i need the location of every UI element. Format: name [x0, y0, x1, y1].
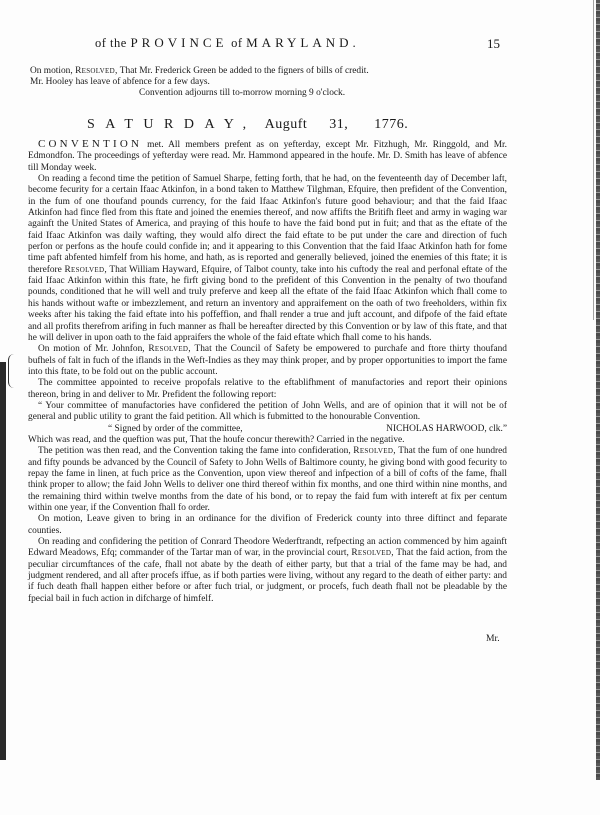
resolved-word: Resolved,: [351, 548, 394, 558]
resolved-word: Resolved,: [64, 265, 107, 275]
header-of: of: [231, 36, 242, 50]
resolved-word: Resolved,: [75, 66, 118, 76]
paragraph-text: That William Hayward, Efquire, of Talbot…: [28, 265, 507, 343]
paragraph-text: On motion of Mr. Johnfon,: [38, 344, 148, 354]
margin-bracket-mark: [8, 354, 15, 388]
convention-lead: CONVENTION: [38, 138, 142, 150]
page-number: 15: [487, 36, 500, 52]
running-header: of the PROVINCE of MARYLAND.: [95, 35, 515, 51]
opening-line-1: On motion, Resolved, That Mr. Frederick …: [30, 66, 369, 77]
paragraph-sharpe-petition: On reading a fecond time the petition of…: [28, 174, 507, 344]
scan-edge-shadow-left: [0, 362, 6, 760]
signature-clerk: NICHOLAS HARWOOD, clk.”: [386, 424, 507, 435]
catchword: Mr.: [486, 633, 500, 644]
paragraph-text: On reading a fecond time the petition of…: [28, 174, 507, 275]
header-word-province: PROVINCE: [130, 35, 227, 50]
body-text-part-1: CONVENTION met. All members prefent as o…: [28, 139, 507, 605]
date-heading: SATURDAY,Auguft31,1776.: [87, 117, 408, 133]
signature-line: “ Signed by order of the committee, NICH…: [28, 424, 507, 435]
signature-left: “ Signed by order of the committee,: [108, 424, 243, 435]
paragraph-text: That the fum of one hundred and fifty po…: [28, 446, 507, 513]
opening-line-2: Mr. Hooley has leave of abfence for a fe…: [30, 77, 210, 88]
scanned-page: of the PROVINCE of MARYLAND. 15 On motio…: [0, 0, 600, 815]
date-weekday: SATURDAY,: [87, 117, 257, 132]
header-word-maryland: MARYLAND.: [246, 35, 360, 50]
adjournment-line: Convention adjourns till to-morrow morni…: [139, 88, 345, 99]
resolved-word: Resolved,: [353, 446, 396, 456]
scan-binding-line: [593, 0, 594, 320]
date-day: 31,: [329, 117, 348, 132]
paragraph-report-quote: “ Your committee of manufactories have c…: [28, 401, 507, 424]
scan-binding-edge-right: [596, 0, 600, 780]
date-month: Auguft: [265, 117, 308, 132]
paragraph-committee-report: The committee appointed to receive propo…: [28, 378, 507, 401]
resolved-word: Resolved,: [148, 344, 191, 354]
opening-line-1-lead: On motion,: [30, 66, 75, 76]
opening-line-1-rest: That Mr. Frederick Green be added to the…: [118, 66, 369, 76]
paragraph-vote-result: Which was read, and the queftion was put…: [28, 435, 507, 446]
header-prefix: of the: [95, 36, 127, 50]
paragraph-wederstrandt-petition: On reading and confidering the petition …: [28, 537, 507, 605]
paragraph-wells-petition: The petition was then read, and the Conv…: [28, 446, 507, 514]
paragraph-convention-met: CONVENTION met. All members prefent as o…: [28, 139, 507, 174]
date-year: 1776.: [374, 117, 408, 132]
paragraph-text: The petition was then read, and the Conv…: [38, 446, 353, 456]
paragraph-johnson-motion: On motion of Mr. Johnfon, Resolved, That…: [28, 344, 507, 378]
paragraph-frederick-county: On motion, Leave given to bring in an or…: [28, 514, 507, 537]
